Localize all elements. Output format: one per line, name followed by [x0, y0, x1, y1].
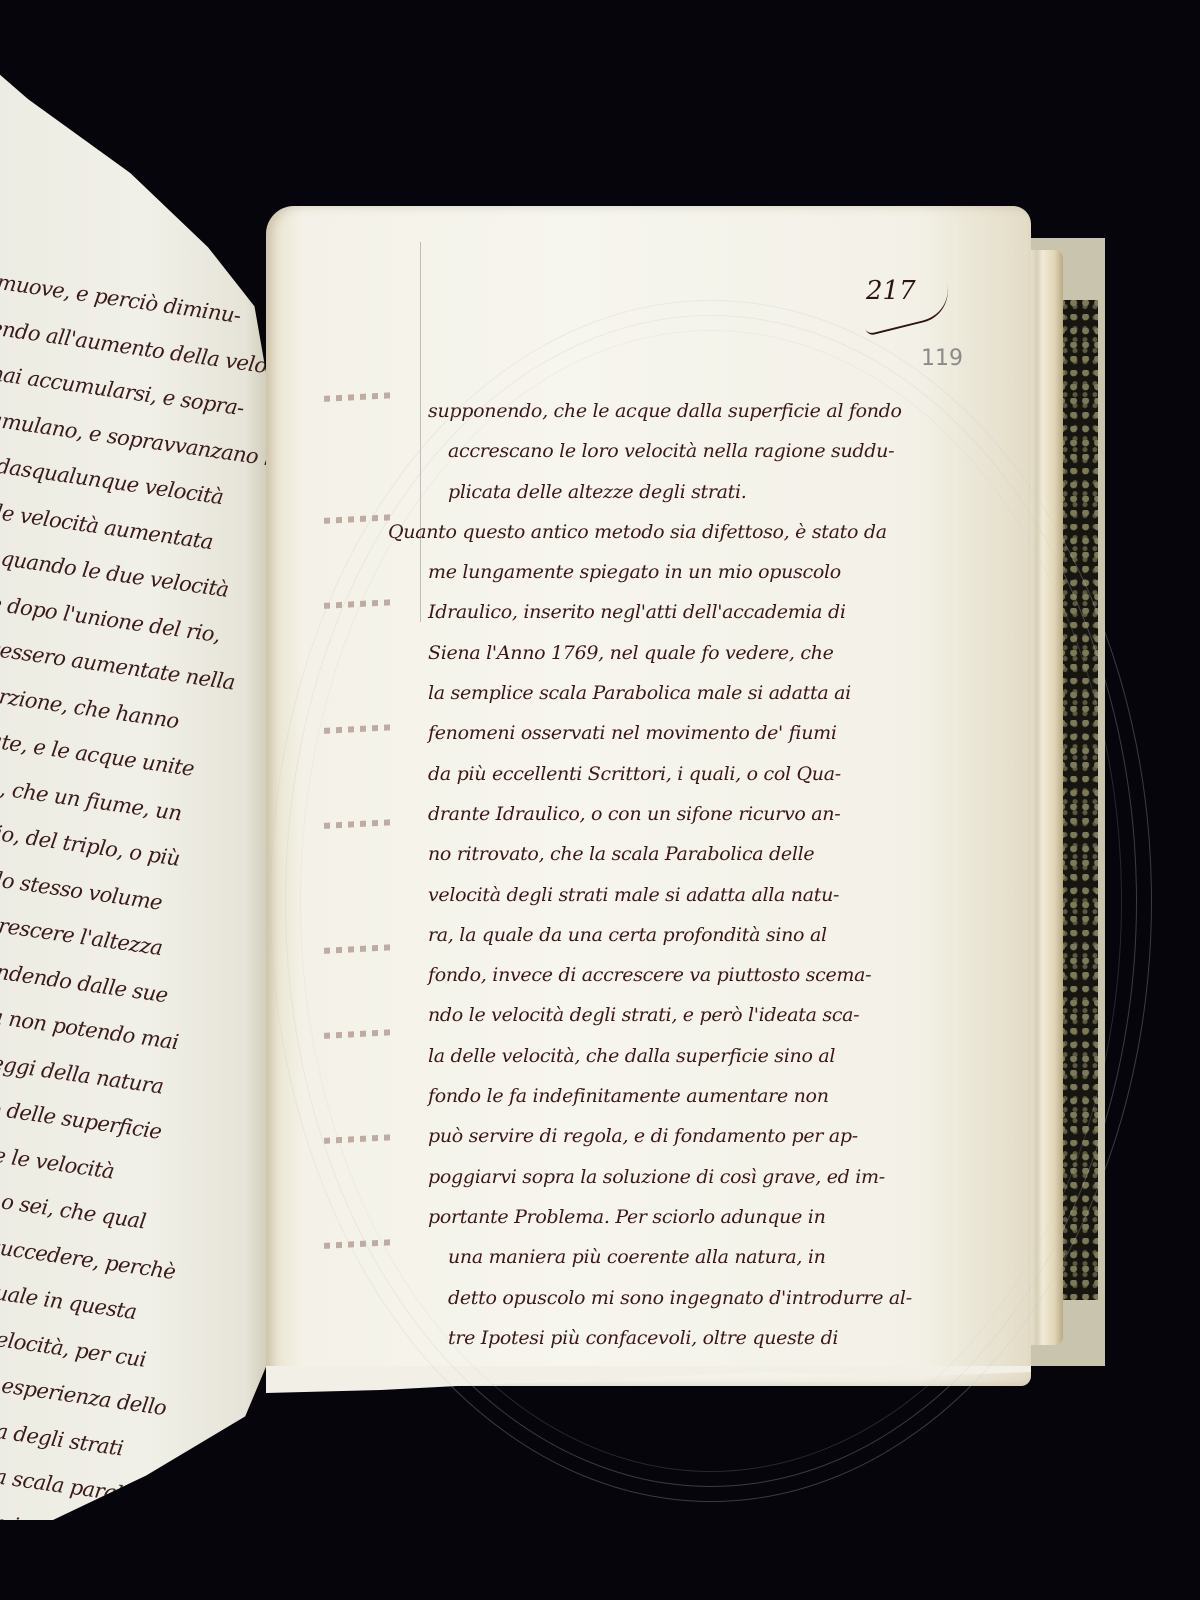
- manuscript-line: fenomeni osservati nel movimento de' fiu…: [388, 713, 908, 753]
- bleed-through-mark: [324, 819, 394, 829]
- manuscript-line: supponendo, che le acque dalla superfici…: [388, 391, 908, 431]
- manuscript-line: ndo le velocità degli strati, e però l'i…: [388, 995, 908, 1035]
- manuscript-line: la semplice scala Parabolica male si ada…: [388, 673, 908, 713]
- bleed-through-mark: [324, 392, 394, 402]
- manuscript-line: tre Ipotesi più confacevoli, oltre quest…: [388, 1318, 908, 1358]
- manuscript-line: no ritrovato, che la scala Parabolica de…: [388, 834, 908, 874]
- manuscript-line: me lungamente spiegato in un mio opuscol…: [388, 552, 908, 592]
- marbled-cover-edge: [1058, 300, 1098, 1300]
- manuscript-photo: muove, e perciò diminu-endo all'aumento …: [0, 0, 1200, 1600]
- bleed-through-mark: [324, 599, 394, 609]
- pencil-page-number: 119: [921, 346, 963, 371]
- manuscript-line: accrescano le loro velocità nella ragion…: [388, 431, 908, 471]
- bleed-through-mark: [324, 944, 394, 954]
- manuscript-line: detto opuscolo mi sono ingegnato d'intro…: [388, 1278, 908, 1318]
- bleed-through-mark: [324, 514, 394, 524]
- manuscript-line: poggiarvi sopra la soluzione di così gra…: [388, 1157, 908, 1197]
- bleed-through-mark: [324, 1134, 394, 1144]
- manuscript-line: la delle velocità, che dalla superficie …: [388, 1036, 908, 1076]
- manuscript-line: fondo, invece di accrescere va piuttosto…: [388, 955, 908, 995]
- bleed-through-mark: [324, 1029, 394, 1039]
- manuscript-line: ra, la quale da una certa profondità sin…: [388, 915, 908, 955]
- left-page-text: muove, e perciò diminu-endo all'aumento …: [0, 260, 270, 1520]
- right-page: 217 119 supponendo, che le acque dalla s…: [266, 206, 1031, 1386]
- manuscript-line: portante Problema. Per sciorlo adunque i…: [388, 1197, 908, 1237]
- bleed-through-mark: [324, 1239, 394, 1249]
- manuscript-line: da più eccellenti Scrittori, i quali, o …: [388, 754, 908, 794]
- manuscript-line: Idraulico, inserito negl'atti dell'accad…: [388, 592, 908, 632]
- left-page: muove, e perciò diminu-endo all'aumento …: [0, 40, 270, 1520]
- manuscript-line: una maniera più coerente alla natura, in: [388, 1237, 908, 1277]
- manuscript-line: velocità degli strati male si adatta all…: [388, 875, 908, 915]
- manuscript-line: fondo le fa indefinitamente aumentare no…: [388, 1076, 908, 1116]
- manuscript-line: drante Idraulico, o con un sifone ricurv…: [388, 794, 908, 834]
- manuscript-line: può servire di regola, e di fondamento p…: [388, 1116, 908, 1156]
- manuscript-line: Siena l'Anno 1769, nel quale fo vedere, …: [388, 633, 908, 673]
- right-page-text: supponendo, che le acque dalla superfici…: [388, 391, 908, 1358]
- manuscript-line: plicata delle altezze degli strati.: [388, 472, 908, 512]
- bleed-through-mark: [324, 724, 394, 734]
- manuscript-line: Quanto questo antico metodo sia difettos…: [388, 512, 908, 552]
